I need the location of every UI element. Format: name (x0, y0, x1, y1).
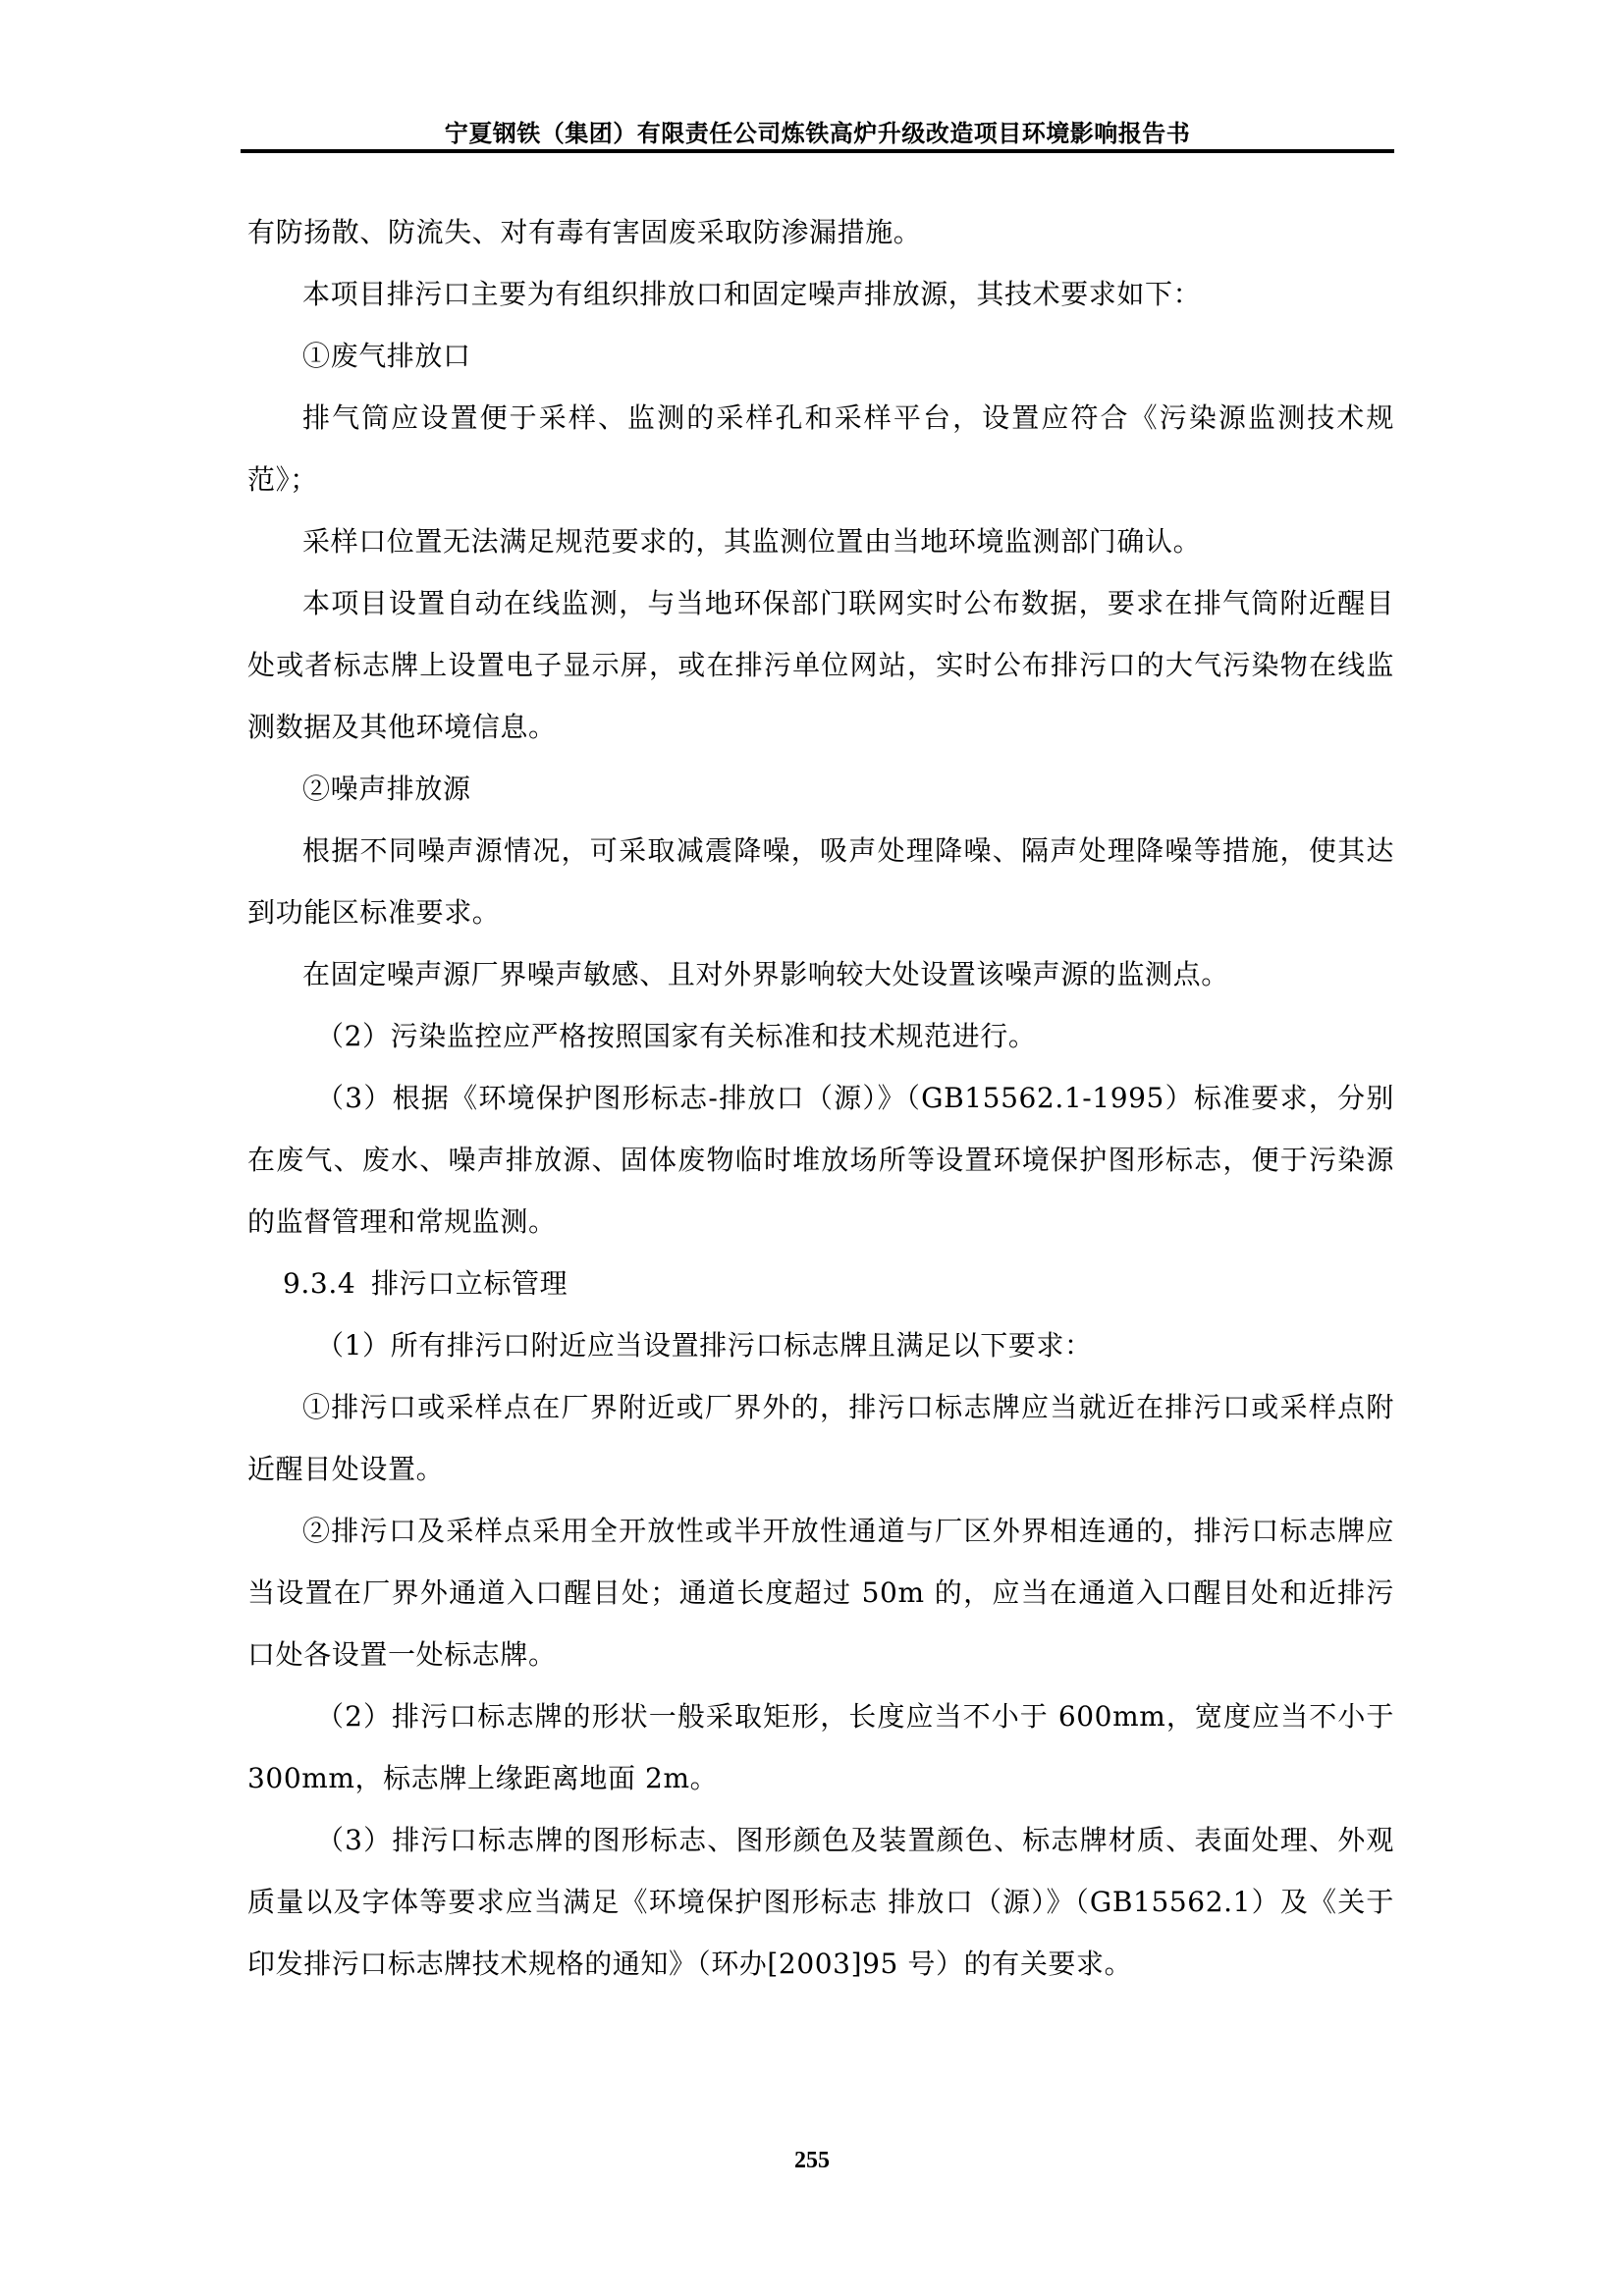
subheading-noise-source: ②噪声排放源 (247, 758, 1394, 820)
header-rule (241, 149, 1394, 153)
paragraph: 排气筒应设置便于采样、监测的采样孔和采样平台，设置应符合《污染源监测技术规范》； (247, 387, 1394, 510)
paragraph: （3）根据《环境保护图形标志-排放口（源）》（GB15562.1-1995）标准… (247, 1067, 1394, 1253)
paragraph: 本项目排污口主要为有组织排放口和固定噪声排放源，其技术要求如下： (247, 263, 1394, 325)
paragraph: （2）排污口标志牌的形状一般采取矩形，长度应当不小于 600mm，宽度应当不小于… (247, 1685, 1394, 1809)
paragraph: 有防扬散、防流失、对有毒有害固废采取防渗漏措施。 (247, 201, 1394, 263)
page-number: 255 (0, 2148, 1624, 2174)
section-number: 9.3.4 (283, 1253, 371, 1314)
page-body: 有防扬散、防流失、对有毒有害固废采取防渗漏措施。 本项目排污口主要为有组织排放口… (247, 201, 1394, 1995)
paragraph: （1）所有排污口附近应当设置排污口标志牌且满足以下要求： (247, 1314, 1394, 1376)
document-title: 宁夏钢铁（集团）有限责任公司炼铁高炉升级改造项目环境影响报告书 (241, 114, 1394, 148)
paragraph: 本项目设置自动在线监测，与当地环保部门联网实时公布数据，要求在排气筒附近醒目处或… (247, 572, 1394, 758)
paragraph: ②排污口及采样点采用全开放性或半开放性通道与厂区外界相连通的，排污口标志牌应当设… (247, 1500, 1394, 1685)
page-header: 宁夏钢铁（集团）有限责任公司炼铁高炉升级改造项目环境影响报告书 (241, 108, 1394, 153)
paragraph: （3）排污口标志牌的图形标志、图形颜色及装置颜色、标志牌材质、表面处理、外观质量… (247, 1809, 1394, 1995)
section-heading: 9.3.4排污口立标管理 (247, 1253, 1394, 1314)
paragraph: 根据不同噪声源情况，可采取减震降噪，吸声处理降噪、隔声处理降噪等措施，使其达到功… (247, 820, 1394, 943)
section-title: 排污口立标管理 (371, 1267, 568, 1300)
paragraph: （2）污染监控应严格按照国家有关标准和技术规范进行。 (247, 1005, 1394, 1067)
subheading-exhaust-outlet: ①废气排放口 (247, 325, 1394, 387)
paragraph: ①排污口或采样点在厂界附近或厂界外的，排污口标志牌应当就近在排污口或采样点附近醒… (247, 1376, 1394, 1500)
paragraph: 采样口位置无法满足规范要求的，其监测位置由当地环境监测部门确认。 (247, 510, 1394, 572)
paragraph: 在固定噪声源厂界噪声敏感、且对外界影响较大处设置该噪声源的监测点。 (247, 943, 1394, 1005)
